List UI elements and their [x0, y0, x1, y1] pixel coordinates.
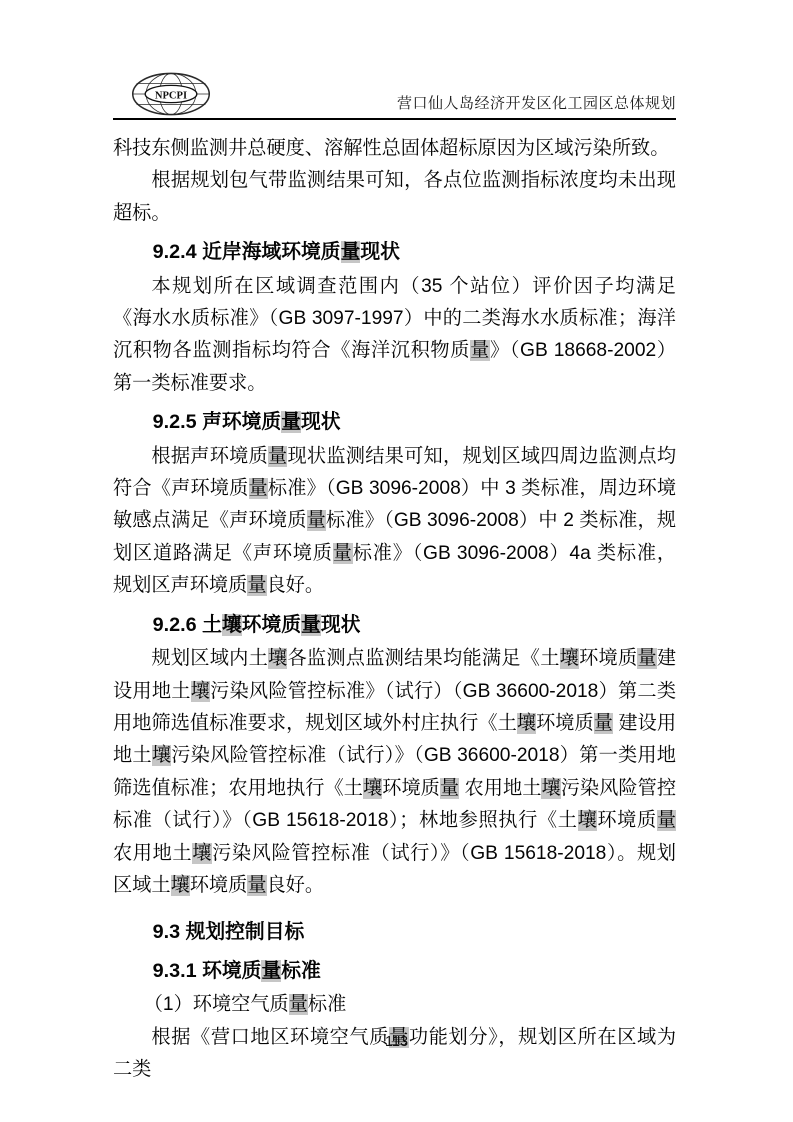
header-title: 营口仙人岛经济开发区化工园区总体规划: [397, 92, 676, 113]
paragraph-continuation: 科技东侧监测井总硬度、溶解性总固体超标原因为区域污染所致。: [113, 133, 676, 165]
section-heading-9-3: 9.3 规划控制目标: [113, 916, 676, 948]
paragraph: 根据规划包气带监测结果可知，各点位监测指标浓度均未出现超标。: [113, 165, 676, 230]
paragraph: 根据《营口地区环境空气质量功能划分》，规划区所在区域为二类: [113, 1022, 676, 1087]
subitem-heading: （1）环境空气质量标准: [113, 989, 676, 1021]
section-heading-9-2-6: 9.2.6 土壤环境质量现状: [113, 609, 676, 641]
section-heading-9-3-1: 9.3.1 环境质量标准: [113, 955, 676, 987]
logo-text: NPCPI: [155, 90, 187, 101]
doc-body: 科技东侧监测井总硬度、溶解性总固体超标原因为区域污染所致。 根据规划包气带监测结…: [113, 133, 676, 1086]
paragraph: 规划区域内土壤各监测点监测结果均能满足《土壤环境质量建设用地土壤污染风险管控标准…: [113, 643, 676, 902]
section-heading-9-2-5: 9.2.5 声环境质量现状: [113, 406, 676, 438]
paragraph: 根据声环境质量现状监测结果可知，规划区域四周边监测点均符合《声环境质量标准》（G…: [113, 441, 676, 603]
page-number: 113: [0, 1034, 793, 1050]
page-header: NPCPI 营口仙人岛经济开发区化工园区总体规划: [113, 70, 676, 120]
document-page: NPCPI 营口仙人岛经济开发区化工园区总体规划 科技东侧监测井总硬度、溶解性总…: [0, 0, 793, 1122]
paragraph: 本规划所在区域调查范围内（35 个站位）评价因子均满足《海水水质标准》（GB 3…: [113, 271, 676, 401]
npcpi-logo-icon: NPCPI: [129, 72, 213, 116]
section-heading-9-2-4: 9.2.4 近岸海域环境质量现状: [113, 236, 676, 268]
